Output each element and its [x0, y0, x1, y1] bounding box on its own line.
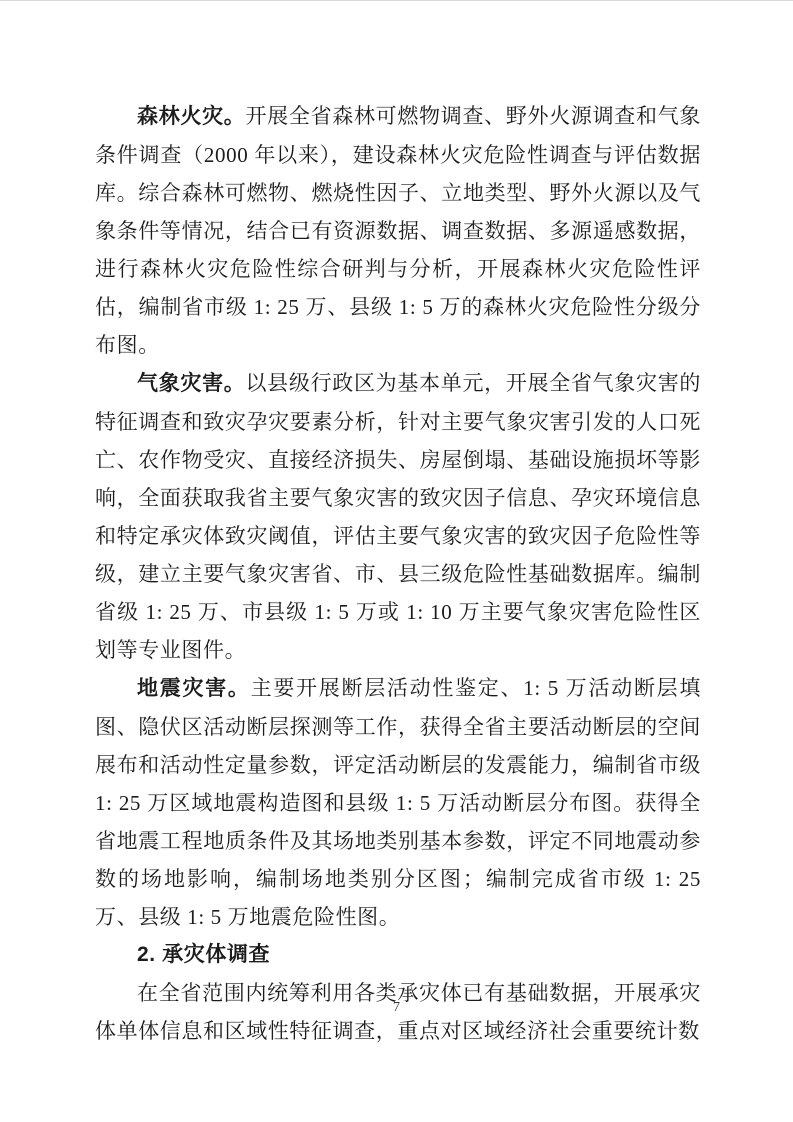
paragraph-text-earthquake-disaster: 主要开展断层活动性鉴定、1: 5 万活动断层填图、隐伏区活动断层探测等工作，获得…: [95, 676, 701, 929]
paragraph-lead-forest-fire: 森林火灾。: [137, 105, 245, 128]
section-heading-bearing-body-survey: 2. 承灾体调查: [95, 936, 701, 974]
paragraph-text-forest-fire: 开展全省森林可燃物调查、野外火源调查和气象条件调查（2000 年以来），建设森林…: [95, 104, 701, 357]
paragraph-meteorological-disaster: 气象灾害。以县级行政区为基本单元，开展全省气象灾害的特征调查和致灾孕灾要素分析，…: [95, 364, 701, 669]
paragraph-forest-fire: 森林火灾。开展全省森林可燃物调查、野外火源调查和气象条件调查（2000 年以来）…: [95, 97, 701, 364]
paragraph-text-meteorological-disaster: 以县级行政区为基本单元，开展全省气象灾害的特征调查和致灾孕灾要素分析，针对主要气…: [95, 371, 701, 662]
page-content: 森林火灾。开展全省森林可燃物调查、野外火源调查和气象条件调查（2000 年以来）…: [95, 97, 701, 1050]
document-page: 森林火灾。开展全省森林可燃物调查、野外火源调查和气象条件调查（2000 年以来）…: [0, 0, 793, 1122]
paragraph-lead-earthquake-disaster: 地震灾害。: [137, 677, 251, 700]
section-heading-text: 2. 承灾体调查: [137, 943, 270, 966]
paragraph-lead-meteorological-disaster: 气象灾害。: [137, 372, 245, 395]
paragraph-earthquake-disaster: 地震灾害。主要开展断层活动性鉴定、1: 5 万活动断层填图、隐伏区活动断层探测等…: [95, 669, 701, 936]
page-number: 7: [0, 1000, 793, 1016]
